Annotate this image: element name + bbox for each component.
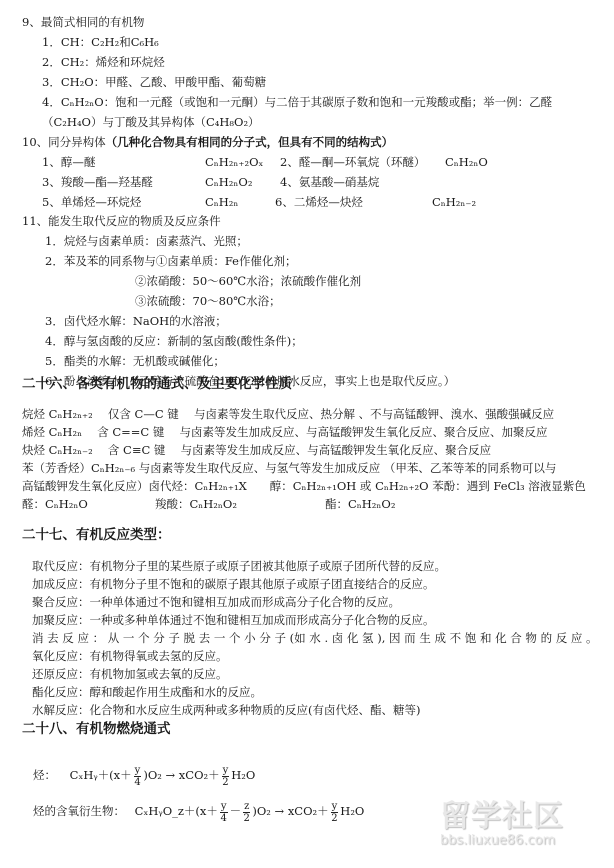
section9-title: 9、最简式相同的有机物 bbox=[22, 14, 144, 30]
reaction-oxidation: 氧化反应：有机物得氧或去氢的反应。 bbox=[32, 648, 228, 664]
section11-item-1: 1．烷烃与卤素单质：卤素蒸汽、光照； bbox=[45, 233, 248, 249]
isomer-label-1: 1、醇—醚 bbox=[42, 154, 95, 170]
watermark-url: bbs.liuxue86.com bbox=[440, 834, 600, 848]
fraction-y-over-4: y4 bbox=[220, 801, 228, 824]
section9-item-4: 4．CₙH₂ₙO：饱和一元醛（或饱和一元酮）与二倍于其碳原子数和饱和一元羧酸或酯… bbox=[42, 94, 552, 110]
derivatives-line: 高锰酸钾发生氧化反应）卤代烃：CₙH₂ₙ₊₁X 醇：CₙH₂ₙ₊₁OH 或 Cₙ… bbox=[22, 478, 586, 494]
section9-item-4-cont: （C₂H₄O）与丁酸及其异构体（C₄H₈O₂） bbox=[42, 114, 260, 130]
alkane-line: 烷烃 CₙH₂ₙ₊₂ 仅含 C—C 键 与卤素等发生取代反应、热分解 、不与高锰… bbox=[22, 406, 554, 422]
fraction-z-over-2: z2 bbox=[243, 801, 250, 824]
reaction-addition: 加成反应：有机物分子里不饱和的碳原子跟其他原子或原子团直接结合的反应。 bbox=[32, 576, 435, 592]
reaction-esterification: 酯化反应：醇和酸起作用生成酯和水的反应。 bbox=[32, 684, 262, 700]
section11-item-4: 4．醇与氢卤酸的反应：新制的氢卤酸(酸性条件)； bbox=[45, 333, 303, 349]
section11-item-3: 3．卤代烃水解：NaOH的水溶液； bbox=[45, 313, 227, 329]
isomer-formula-3: CₙH₂ₙO₂ bbox=[205, 174, 252, 190]
site-watermark-logo: 留学社区 bbs.liuxue86.com bbox=[440, 800, 600, 860]
isomer-formula-5: CₙH₂ₙ bbox=[205, 194, 238, 210]
section11-item-2c: ③浓硫酸：70～80℃水浴； bbox=[135, 293, 281, 309]
heading-26: 二十六、各类有机物的通式、及主要化学性质 bbox=[22, 376, 292, 392]
isomer-formula-2: CₙH₂ₙO bbox=[445, 154, 488, 170]
hydrocarbon-combustion-equation: 烃： CₓHᵧ＋(x＋y4)O₂ → xCO₂＋y2H₂O bbox=[33, 762, 255, 788]
reaction-polymerization: 聚合反应：一种单体通过不饱和键相互加成而形成高分子化合物的反应。 bbox=[32, 594, 400, 610]
fraction-y-over-2: y2 bbox=[331, 801, 339, 824]
aldehyde-formula: 醛：CₙH₂ₙO bbox=[22, 496, 88, 512]
reaction-substitution: 取代反应：有机物分子里的某些原子或原子团被其他原子或原子团所代替的反应。 bbox=[32, 558, 446, 574]
document-page: 9、最简式相同的有机物 1．CH：C₂H₂和C₆H₆ 2．CH₂：烯烃和环烷烃 … bbox=[0, 0, 614, 868]
alkyne-line: 炔烃 CₙH₂ₙ₋₂ 含 C≡C 键 与卤素等发生加成反应、与高锰酸钾发生氧化反… bbox=[22, 442, 491, 458]
aromatic-line: 苯（芳香烃）CₙH₂ₙ₋₆ 与卤素等发生取代反应、与氢气等发生加成反应 （甲苯、… bbox=[22, 460, 556, 476]
carboxylic-acid-formula: 羧酸：CₙH₂ₙO₂ bbox=[155, 496, 237, 512]
section11-title: 11、能发生取代反应的物质及反应条件 bbox=[22, 213, 221, 229]
isomer-formula-6: CₙH₂ₙ₋₂ bbox=[432, 194, 476, 210]
heading-28: 二十八、有机物燃烧通式 bbox=[22, 721, 171, 737]
watermark-title: 留学社区 bbox=[440, 800, 600, 834]
isomer-label-6: 6、二烯烃—炔烃 bbox=[275, 194, 363, 210]
oxygen-derivative-combustion-equation: 烃的含氧衍生物： CₓHᵧO_z＋(x＋y4－z2)O₂ → xCO₂＋y2H₂… bbox=[33, 798, 364, 824]
isomer-label-5: 5、单烯烃—环烷烃 bbox=[42, 194, 141, 210]
isomer-label-2: 2、醛—酮—环氧烷（环醚） bbox=[280, 154, 425, 170]
reaction-addition-polymerization: 加聚反应：一种或多种单体通过不饱和键相互加成而形成高分子化合物的反应。 bbox=[32, 612, 435, 628]
section11-item-5: 5．酯类的水解：无机酸或碱催化； bbox=[45, 353, 225, 369]
ester-formula: 酯：CₙH₂ₙO₂ bbox=[325, 496, 395, 512]
heading-27: 二十七、有机反应类型： bbox=[22, 527, 171, 543]
oxygen-derivative-label: 烃的含氧衍生物： bbox=[33, 804, 125, 818]
section9-item-1: 1．CH：C₂H₂和C₆H₆ bbox=[42, 34, 159, 50]
section11-item-2: 2．苯及苯的同系物与①卤素单质：Fe作催化剂； bbox=[45, 253, 296, 269]
section9-item-2: 2．CH₂：烯烃和环烷烃 bbox=[42, 54, 165, 70]
section10-title-prefix: 10、同分异构体 bbox=[22, 135, 106, 149]
alkene-line: 烯烃 CₙH₂ₙ 含 C==C 键 与卤素等发生加成反应、与高锰酸钾发生氧化反应… bbox=[22, 424, 548, 440]
section9-item-3: 3．CH₂O：甲醛、乙酸、甲酸甲酯、葡萄糖 bbox=[42, 74, 266, 90]
reaction-reduction: 还原反应：有机物加氢或去氧的反应。 bbox=[32, 666, 228, 682]
section10-title-definition: （几种化合物具有相同的分子式，但具有不同的结构式） bbox=[106, 135, 394, 149]
isomer-label-3: 3、羧酸—酯—羟基醛 bbox=[42, 174, 153, 190]
section10-title: 10、同分异构体（几种化合物具有相同的分子式，但具有不同的结构式） bbox=[22, 134, 393, 150]
section11-item-2b: ②浓硝酸：50～60℃水浴；浓硫酸作催化剂 bbox=[135, 273, 361, 289]
isomer-label-4: 4、氨基酸—硝基烷 bbox=[280, 174, 379, 190]
isomer-formula-1: CₙH₂ₙ₊₂Oₓ bbox=[205, 154, 263, 170]
reaction-elimination: 消 去 反 应 ： 从 一 个 分 子 脱 去 一 个 小 分 子 (如 水 .… bbox=[32, 630, 598, 646]
reaction-hydrolysis: 水解反应：化合物和水反应生成两种或多种物质的反应(有卤代烃、酯、糖等) bbox=[32, 702, 420, 718]
fraction-y-over-4: y4 bbox=[134, 765, 142, 788]
hydrocarbon-label: 烃： bbox=[33, 768, 56, 782]
fraction-y-over-2: y2 bbox=[222, 765, 230, 788]
